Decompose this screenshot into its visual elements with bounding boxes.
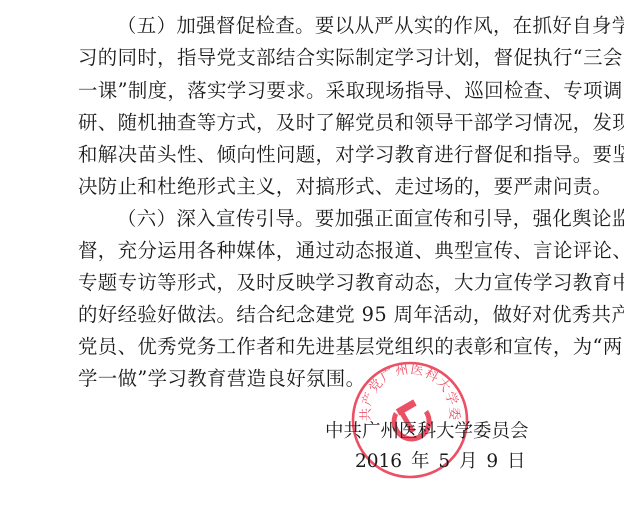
section-5-line-2: 习的同时，指导党支部结合实际制定学习计划，督促执行“三会 — [78, 46, 550, 70]
section-5-line-6: 决防止和杜绝形式主义，对搞形式、走过场的，要严肃问责。 — [78, 175, 550, 199]
section-6-line-2: 督，充分运用各种媒体，通过动态报道、典型宣传、言论评论、 — [78, 239, 550, 263]
section-5-line-4: 研、随机抽查等方式，及时了解党员和领导干部学习情况，发现 — [78, 111, 550, 135]
section-5-line-3: 一课”制度，落实学习要求。采取现场指导、巡回检查、专项调 — [78, 79, 550, 103]
section-5-line-1: （五）加强督促检查。要以从严从实的作风，在抓好自身学 — [117, 14, 550, 38]
svg-text:中国共产党广州医科大学委员会: 中国共产党广州医科大学委员会 — [350, 360, 461, 421]
issue-date: 2016 年 5 月 9 日 — [355, 450, 526, 474]
section-6-line-3: 专题专访等形式，及时反映学习教育动态，大力宣传学习教育中 — [78, 271, 550, 295]
section-6-line-1: （六）深入宣传引导。要加强正面宣传和引导，强化舆论监 — [117, 207, 550, 231]
seal-text: 中国共产党广州医科大学委员会 — [350, 360, 461, 421]
section-5-line-5: 和解决苗头性、倾向性问题，对学习教育进行督促和指导。要坚 — [78, 143, 550, 167]
section-6-line-6: 学一做”学习教育营造良好氛围。 — [78, 367, 550, 391]
section-6-line-5: 党员、优秀党务工作者和先进基层党组织的表彰和宣传，为“两 — [78, 335, 550, 359]
section-6-line-4: 的好经验好做法。结合纪念建党 95 周年活动，做好对优秀共产 — [78, 303, 550, 327]
document-page: （五）加强督促检查。要以从严从实的作风，在抓好自身学 习的同时，指导党支部结合实… — [0, 0, 624, 507]
issuer-signature: 中共广州医科大学委员会 — [325, 420, 509, 444]
